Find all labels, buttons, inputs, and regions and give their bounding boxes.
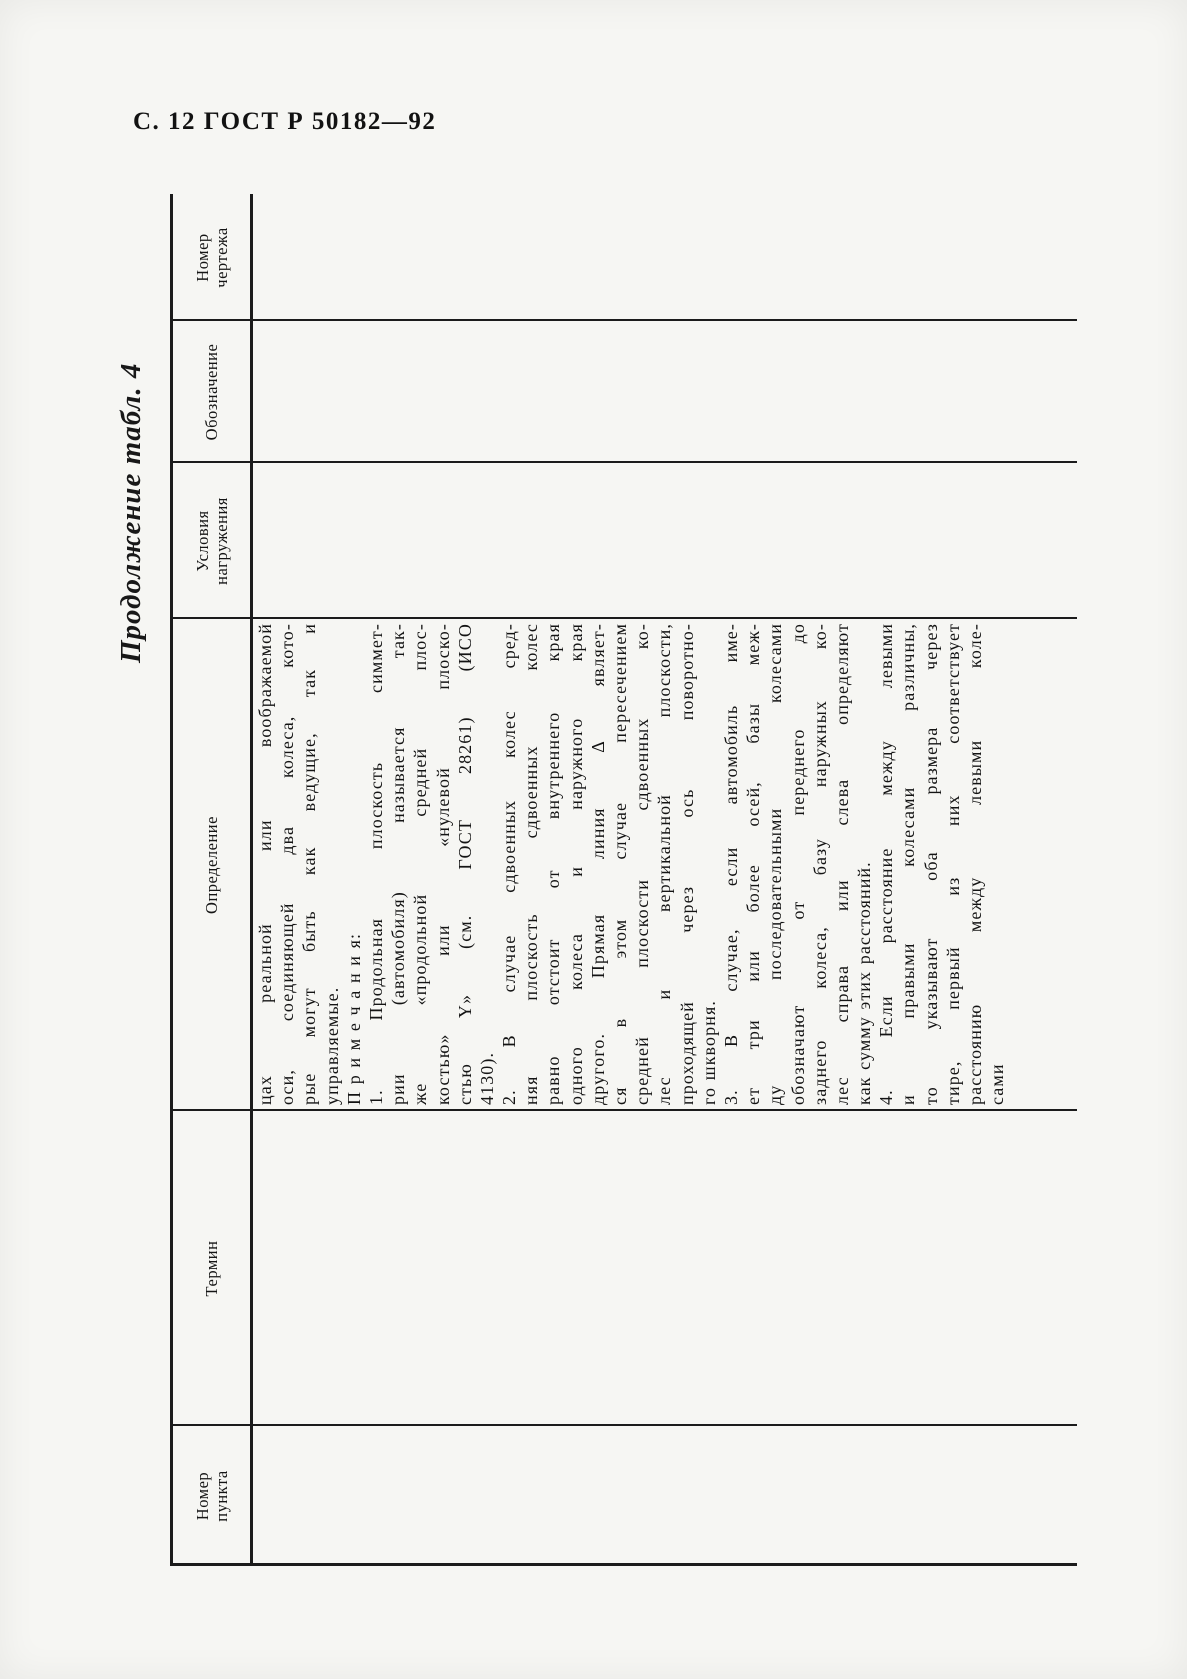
definition-line: обозначают от переднего до <box>787 623 809 1105</box>
definition-line: 4. Если расстояние между левыми <box>875 623 897 1105</box>
col-header-designation-label: Обозначение <box>202 344 221 441</box>
definition-line: же «продольной средней плос- <box>409 623 431 1105</box>
definition-line: костью» или «нулевой плоско- <box>432 623 454 1105</box>
rotated-table-area: Продолжение табл. 4 Номер пункта Термин … <box>115 174 1077 1566</box>
definition-line: ет три или более осей, базы меж- <box>742 623 764 1105</box>
definition-line: П р и м е ч а н и я: <box>343 623 365 1105</box>
definition-line: го шкворня. <box>698 623 720 1105</box>
table-border-left <box>170 1563 1077 1566</box>
definition-line: стью Y» (см. ГОСТ 28261) (ИСО <box>454 623 476 1105</box>
definition-line: няя плоскость сдвоенных колес <box>520 623 542 1105</box>
column-separator-4 <box>170 461 1077 463</box>
definition-line: ду последовательными колесами <box>764 623 786 1105</box>
definition-line: средней плоскости сдвоенных ко- <box>631 623 653 1105</box>
definition-line: лес справа или слева определяют <box>831 623 853 1105</box>
column-separator-3 <box>170 617 1077 619</box>
definition-line: 4130). <box>476 623 498 1105</box>
column-separator-2 <box>170 1109 1077 1111</box>
definition-line: как сумму этих расстояний. <box>853 623 875 1105</box>
definition-line: расстоянию между левыми коле- <box>964 623 986 1105</box>
definition-cell-text: цах реальной или воображаемойоси, соедин… <box>254 623 1008 1105</box>
col-header-item-number: Номер пункта <box>173 1426 250 1566</box>
definition-line: ся в этом случае пересечением <box>609 623 631 1105</box>
col-header-load-conditions-label: Условия нагружения <box>193 495 231 587</box>
definition-line: рии (автомобиля) называется так- <box>387 623 409 1105</box>
definition-line: управляемые. <box>321 623 343 1105</box>
definition-line: лес и вертикальной плоскости, <box>653 623 675 1105</box>
col-header-drawing-number-label: Номер чертежа <box>193 212 231 304</box>
col-header-item-number-label: Номер пункта <box>193 1450 231 1542</box>
definition-line: заднего колеса, базу наружных ко- <box>809 623 831 1105</box>
definition-line: цах реальной или воображаемой <box>254 623 276 1105</box>
col-header-designation: Обозначение <box>173 321 250 463</box>
definition-line: одного колеса и наружного края <box>565 623 587 1105</box>
scanned-document-page: С. 12 ГОСТ Р 50182—92 Продолжение табл. … <box>0 0 1187 1679</box>
column-separator-5 <box>170 319 1077 321</box>
definition-line: оси, соединяющей два колеса, кото- <box>276 623 298 1105</box>
definition-line: тире, первый из них соответствует <box>942 623 964 1105</box>
col-header-term-label: Термин <box>202 1241 221 1297</box>
col-header-term: Термин <box>173 1111 250 1426</box>
definition-line: сами <box>986 623 1008 1105</box>
page-header: С. 12 ГОСТ Р 50182—92 <box>133 108 436 136</box>
definition-line: 1. Продольная плоскость симмет- <box>365 623 387 1105</box>
terms-table: Номер пункта Термин Определение Условия … <box>170 194 1077 1566</box>
definition-line: и правыми колесами различны, <box>897 623 919 1105</box>
definition-line: рые могут быть как ведущие, так и <box>298 623 320 1105</box>
col-header-load-conditions: Условия нагружения <box>173 463 250 619</box>
col-header-drawing-number: Номер чертежа <box>173 194 250 321</box>
column-separator-1 <box>170 1424 1077 1426</box>
definition-line: равно отстоит от внутреннего края <box>542 623 564 1105</box>
col-header-definition-label: Определение <box>202 816 221 914</box>
table-caption: Продолжение табл. 4 <box>115 174 148 663</box>
definition-line: 3. В случае, если автомобиль име- <box>720 623 742 1105</box>
definition-line: 2. В случае сдвоенных колес сред- <box>498 623 520 1105</box>
definition-line: другого. Прямая линия Δ являет- <box>587 623 609 1105</box>
definition-line: то указывают оба размера через <box>920 623 942 1105</box>
table-header-separator <box>250 194 253 1566</box>
col-header-definition: Определение <box>173 619 250 1111</box>
definition-line: проходящей через ось поворотно- <box>676 623 698 1105</box>
